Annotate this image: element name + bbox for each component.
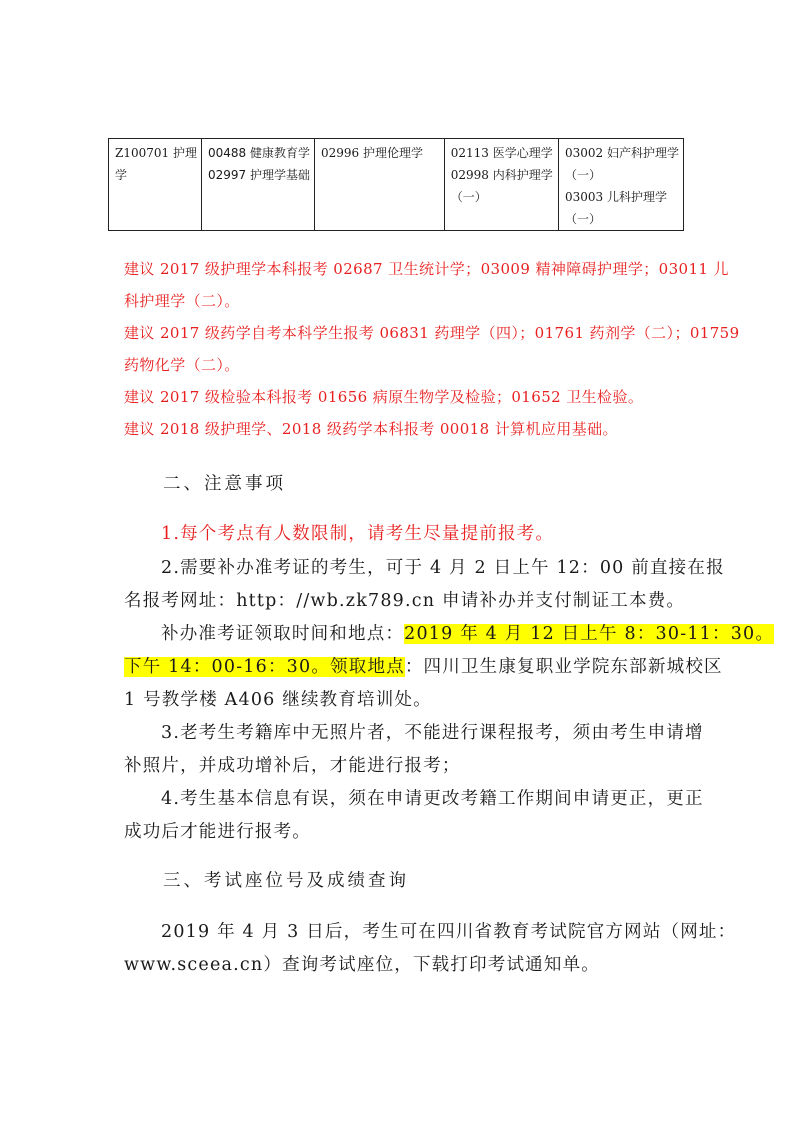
pickup-line-3: 1 号教学楼 A406 继续教育培训处。: [124, 686, 432, 711]
table-cell-courses-4: 03002 妇产科护理学 （一） 03003 儿科护理学 （一）: [558, 139, 683, 231]
query-paragraph-cont: www.sceea.cn）查询考试座位，下载打印考试通知单。: [124, 951, 600, 976]
cell-text: 00488 健康教育学: [208, 142, 310, 164]
table-cell-courses-1: 00488 健康教育学 02997 护理学基础: [201, 139, 314, 231]
notice-item-2-cont: 名报考网址：http：//wb.zk789.cn 申请补办并支付制证工本费。: [124, 587, 685, 612]
pickup-time-highlight: 2019 年 4 月 12 日上午 8：30-11：30。: [404, 624, 774, 644]
table-cell-courses-3: 02113 医学心理学 02998 内科护理学 （一）: [444, 139, 558, 231]
recommendation-line: 建议 2017 级护理学本科报考 02687 卫生统计学；03009 精神障碍护…: [124, 258, 729, 279]
cell-text: （一）: [451, 186, 554, 208]
document-page: Z100701 护理 学 00488 健康教育学 02997 护理学基础 029…: [0, 0, 793, 1122]
cell-text: 02997 护理学基础: [208, 164, 310, 186]
notice-item-2: 2.需要补办准考证的考生，可于 4 月 2 日上午 12：00 前直接在报: [161, 554, 725, 579]
cell-text: 02113 医学心理学: [451, 142, 554, 164]
pickup-label: 补办准考证领取时间和地点：: [161, 624, 404, 644]
cell-text: 02996 护理伦理学: [321, 142, 440, 164]
cell-text: 03003 儿科护理学: [565, 186, 679, 208]
pickup-line-2: 下午 14：00-16：30。领取地点：四川卫生康复职业学院东部新城校区: [124, 653, 723, 678]
section-heading: 三、考试座位号及成绩查询: [163, 867, 409, 892]
recommendation-line: 建议 2017 级药学自考本科学生报考 06831 药理学（四）；01761 药…: [124, 322, 740, 343]
table-cell-courses-2: 02996 护理伦理学: [314, 139, 444, 231]
table-cell-major: Z100701 护理 学: [109, 139, 202, 231]
notice-item-3: 3.老考生考籍库中无照片者，不能进行课程报考，须由考生申请增: [161, 719, 704, 744]
recommendation-line: 科护理学（二）。: [124, 290, 240, 311]
cell-text: （一）: [565, 164, 679, 186]
section-heading: 二、注意事项: [163, 470, 286, 495]
query-paragraph: 2019 年 4 月 3 日后，考生可在四川省教育考试院官方网站（网址：: [161, 918, 736, 943]
pickup-line-1: 补办准考证领取时间和地点：2019 年 4 月 12 日上午 8：30-11：3…: [161, 620, 774, 645]
recommendation-line: 建议 2018 级护理学、2018 级药学本科报考 00018 计算机应用基础。: [124, 418, 618, 439]
recommendation-line: 建议 2017 级检验本科报考 01656 病原生物学及检验；01652 卫生检…: [124, 386, 643, 407]
pickup-place: ：四川卫生康复职业学院东部新城校区: [405, 657, 723, 677]
cell-text: 02998 内科护理学: [451, 164, 554, 186]
notice-item-3-cont: 补照片，并成功增补后，才能进行报考；: [124, 752, 461, 777]
cell-text: Z100701 护理: [115, 142, 197, 164]
cell-text: 学: [115, 164, 197, 186]
recommendation-line: 药物化学（二）。: [124, 354, 240, 375]
pickup-time-highlight: 下午 14：00-16：30。领取地点: [124, 657, 405, 677]
notice-item-4: 4.考生基本信息有误，须在申请更改考籍工作期间申请更正，更正: [161, 785, 704, 810]
course-table: Z100701 护理 学 00488 健康教育学 02997 护理学基础 029…: [108, 138, 684, 231]
cell-text: （一）: [565, 208, 679, 230]
cell-text: 03002 妇产科护理学: [565, 142, 679, 164]
notice-item-4-cont: 成功后才能进行报考。: [124, 818, 311, 843]
notice-item-1: 1.每个考点有人数限制，请考生尽量提前报考。: [161, 520, 554, 545]
table-row: Z100701 护理 学 00488 健康教育学 02997 护理学基础 029…: [109, 139, 684, 231]
